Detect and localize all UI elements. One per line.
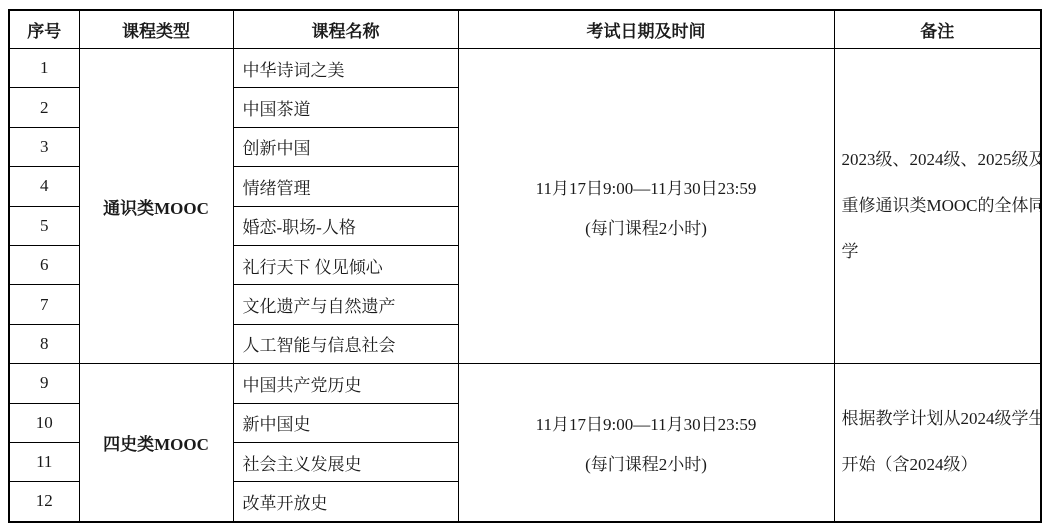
- row-number-cell: 8: [9, 324, 79, 363]
- course-name-cell: 中华诗词之美: [233, 49, 458, 88]
- course-name-cell: 婚恋-职场-人格: [233, 206, 458, 245]
- remark-cell: 根据教学计划从2024级学生 开始（含2024级）: [834, 364, 1041, 522]
- course-name-cell: 中国共产党历史: [233, 364, 458, 403]
- row-number-cell: 3: [9, 127, 79, 166]
- table-row: 9 四史类MOOC 中国共产党历史 11月17日9:00—11月30日23:59…: [9, 364, 1041, 403]
- exam-date-range: 11月17日9:00—11月30日23:59: [460, 174, 833, 199]
- row-number-cell: 10: [9, 403, 79, 442]
- remark-text-line: 学: [842, 229, 1034, 275]
- course-name-cell: 情绪管理: [233, 167, 458, 206]
- course-type-cell: 通识类MOOC: [79, 49, 233, 364]
- course-name-cell: 新中国史: [233, 403, 458, 442]
- exam-duration-note: (每门课程2小时): [460, 450, 833, 475]
- course-name-cell: 改革开放史: [233, 482, 458, 522]
- header-exam-datetime: 考试日期及时间: [458, 10, 834, 49]
- exam-date-range: 11月17日9:00—11月30日23:59: [460, 410, 833, 435]
- course-name-cell: 文化遗产与自然遗产: [233, 285, 458, 324]
- exam-schedule-container: 序号 课程类型 课程名称 考试日期及时间 备注 1 通识类MOOC 中华诗词之美…: [8, 9, 1042, 523]
- course-name-cell: 社会主义发展史: [233, 442, 458, 481]
- row-number-cell: 9: [9, 364, 79, 403]
- header-row: 序号 课程类型 课程名称 考试日期及时间 备注: [9, 10, 1041, 49]
- course-name-cell: 中国茶道: [233, 88, 458, 127]
- course-name-cell: 礼行天下 仪见倾心: [233, 245, 458, 284]
- remark-text-line: 2023级、2024级、2025级及: [842, 137, 1034, 183]
- header-course-type: 课程类型: [79, 10, 233, 49]
- course-type-cell: 四史类MOOC: [79, 364, 233, 522]
- remark-text-line: 重修通识类MOOC的全体同: [842, 183, 1034, 229]
- remark-text-line: 根据教学计划从2024级学生: [842, 396, 1034, 442]
- exam-datetime-cell: 11月17日9:00—11月30日23:59 (每门课程2小时): [458, 49, 834, 364]
- row-number-cell: 1: [9, 49, 79, 88]
- exam-duration-note: (每门课程2小时): [460, 214, 833, 239]
- row-number-cell: 11: [9, 442, 79, 481]
- header-no: 序号: [9, 10, 79, 49]
- remark-cell: 2023级、2024级、2025级及 重修通识类MOOC的全体同 学: [834, 49, 1041, 364]
- row-number-cell: 7: [9, 285, 79, 324]
- course-name-cell: 创新中国: [233, 127, 458, 166]
- header-course-name: 课程名称: [233, 10, 458, 49]
- remark-text-line: 开始（含2024级）: [842, 442, 1034, 488]
- row-number-cell: 4: [9, 167, 79, 206]
- exam-datetime-cell: 11月17日9:00—11月30日23:59 (每门课程2小时): [458, 364, 834, 522]
- row-number-cell: 5: [9, 206, 79, 245]
- header-remark: 备注: [834, 10, 1041, 49]
- row-number-cell: 12: [9, 482, 79, 522]
- row-number-cell: 2: [9, 88, 79, 127]
- exam-schedule-table: 序号 课程类型 课程名称 考试日期及时间 备注 1 通识类MOOC 中华诗词之美…: [8, 9, 1042, 523]
- course-name-cell: 人工智能与信息社会: [233, 324, 458, 363]
- row-number-cell: 6: [9, 245, 79, 284]
- table-row: 1 通识类MOOC 中华诗词之美 11月17日9:00—11月30日23:59 …: [9, 49, 1041, 88]
